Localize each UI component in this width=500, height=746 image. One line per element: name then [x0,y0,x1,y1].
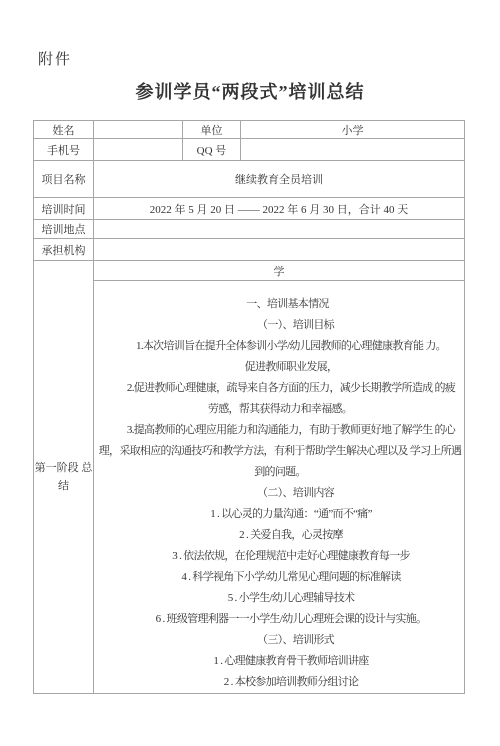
org-value-cell [94,239,465,261]
content-line: 6 . 班级管理利器一一小学生/幼儿心理班会课的设计与实施。 [94,609,464,630]
table-row: 培训时间 2022 年 5 月 20 日 —— 2022 年 6 月 30 日，… [34,198,465,220]
content-line: （三）、培训形式 [94,630,464,651]
content-line: 3 . 依法依规，在伦理规范中走好心理健康教育每一步 [94,546,464,567]
org-label-cell: 承担机构 [34,239,94,261]
project-label-cell: 项目名称 [34,161,94,198]
training-summary-table: 姓名 单位 小学 手机号 QQ 号 项目名称 继续教育全员培训 培训时间 202… [33,120,465,694]
content-line: 2.促进教师心理健康，疏导来自各方面的压力，减少长期教学所造成 的疲 [94,378,464,399]
qq-label-cell: QQ 号 [183,139,241,161]
phone-value-cell [94,139,183,161]
time-value-cell: 2022 年 5 月 20 日 —— 2022 年 6 月 30 日，合计 40… [94,198,465,220]
content-line: 1 . 心理健康教育骨干教师培训讲座 [94,651,464,672]
time-label-cell: 培训时间 [34,198,94,220]
content-line: 理，采取相应的沟通技巧和教学方法，有利于帮助学生解决心理以及 学习上所遇 [94,441,464,462]
page-title: 参训学员“两段式”培训总结 [0,78,500,104]
stage-label-cell: 第一阶段 总 结 [34,261,94,694]
content-line: （一）、培训目标 [94,315,464,336]
table-row: 一、培训基本情况 （一）、培训目标 1.本次培训旨在提升全体参训小学/幼儿园教师… [34,281,465,694]
table-row: 姓名 单位 小学 [34,121,465,139]
stage-label-line: 第一阶段 总 [34,459,93,477]
content-line: 到的问题。 [94,462,464,483]
content-line: 劳感，帮其获得动力和幸福感。 [94,399,464,420]
attachment-label: 附件 [38,48,72,69]
stage-header-cell: 学 [94,261,465,281]
location-label-cell: 培训地点 [34,220,94,239]
content-line: 1.本次培训旨在提升全体参训小学/幼儿园教师的心理健康教育能 力。 [94,336,464,357]
unit-value-cell: 小学 [241,121,465,139]
content-line: 3.提高教师的心理应用能力和沟通能力，有助于教师更好地了解学生 的心 [94,420,464,441]
name-label-cell: 姓名 [34,121,94,139]
project-value-cell: 继续教育全员培训 [94,161,465,198]
content-line: 5 . 小学生/幼儿心理辅导技术 [94,588,464,609]
location-value-cell [94,220,465,239]
table-row: 手机号 QQ 号 [34,139,465,161]
content-line: 1 . 以心灵的力量沟通：“通”而不“痛” [94,504,464,525]
table-row: 项目名称 继续教育全员培训 [34,161,465,198]
content-line: 促进教师职业发展， [94,357,464,378]
content-line: 2 . 关爱自我，心灵按摩 [94,525,464,546]
unit-label-cell: 单位 [183,121,241,139]
content-line: 一、培训基本情况 [94,294,464,315]
stage-content-cell: 一、培训基本情况 （一）、培训目标 1.本次培训旨在提升全体参训小学/幼儿园教师… [94,281,465,694]
name-value-cell [94,121,183,139]
content-line: （二）、培训内容 [94,483,464,504]
stage-label-line: 结 [34,477,93,495]
table-row: 第一阶段 总 结 学 [34,261,465,281]
qq-value-cell [241,139,465,161]
content-line: 4 . 科学视角下小学/幼儿常见心理问题的标准解读 [94,567,464,588]
table-row: 培训地点 [34,220,465,239]
table-row: 承担机构 [34,239,465,261]
content-line: 2 . 本校参加培训教师分组讨论 [94,672,464,693]
phone-label-cell: 手机号 [34,139,94,161]
